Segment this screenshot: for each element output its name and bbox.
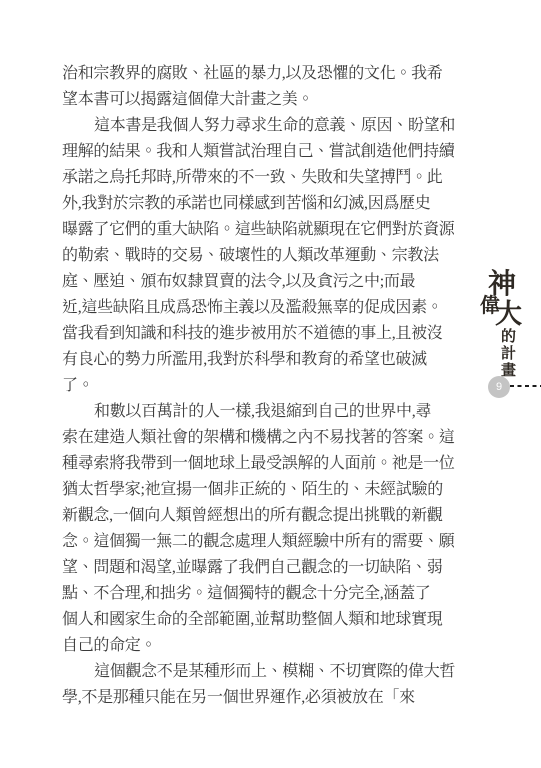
page-number-badge: 9 — [488, 376, 510, 398]
paragraph: 這本書是我個人努力尋求生命的意義、原因、盼望和 理解的結果。我和人類嘗試治理自己… — [62, 113, 460, 399]
book-page: 治和宗教界的腐敗、社區的暴力,以及恐懼的文化。我希 望本書可以揭露這個偉大計畫之… — [0, 0, 541, 768]
title-char-da: 大 — [495, 301, 522, 328]
paragraph: 這個觀念不是某種形而上、模糊、不切實際的偉大哲 學,不是那種只能在另一個世界運作… — [62, 659, 460, 711]
body-text: 治和宗教界的腐敗、社區的暴力,以及恐懼的文化。我希 望本書可以揭露這個偉大計畫之… — [62, 61, 460, 711]
title-char-de: 的 — [501, 330, 516, 345]
book-title-vertical: 神 偉 大 的 計 畫 — [478, 271, 532, 385]
title-char-ji: 計 — [501, 347, 516, 362]
page-edge-dash-line — [510, 385, 541, 387]
paragraph: 治和宗教界的腐敗、社區的暴力,以及恐懼的文化。我希 望本書可以揭露這個偉大計畫之… — [62, 61, 460, 113]
paragraph: 和數以百萬計的人一樣,我退縮到自己的世界中,尋 索在建造人類社會的架構和機構之內… — [62, 399, 460, 659]
page-number: 9 — [496, 382, 502, 393]
